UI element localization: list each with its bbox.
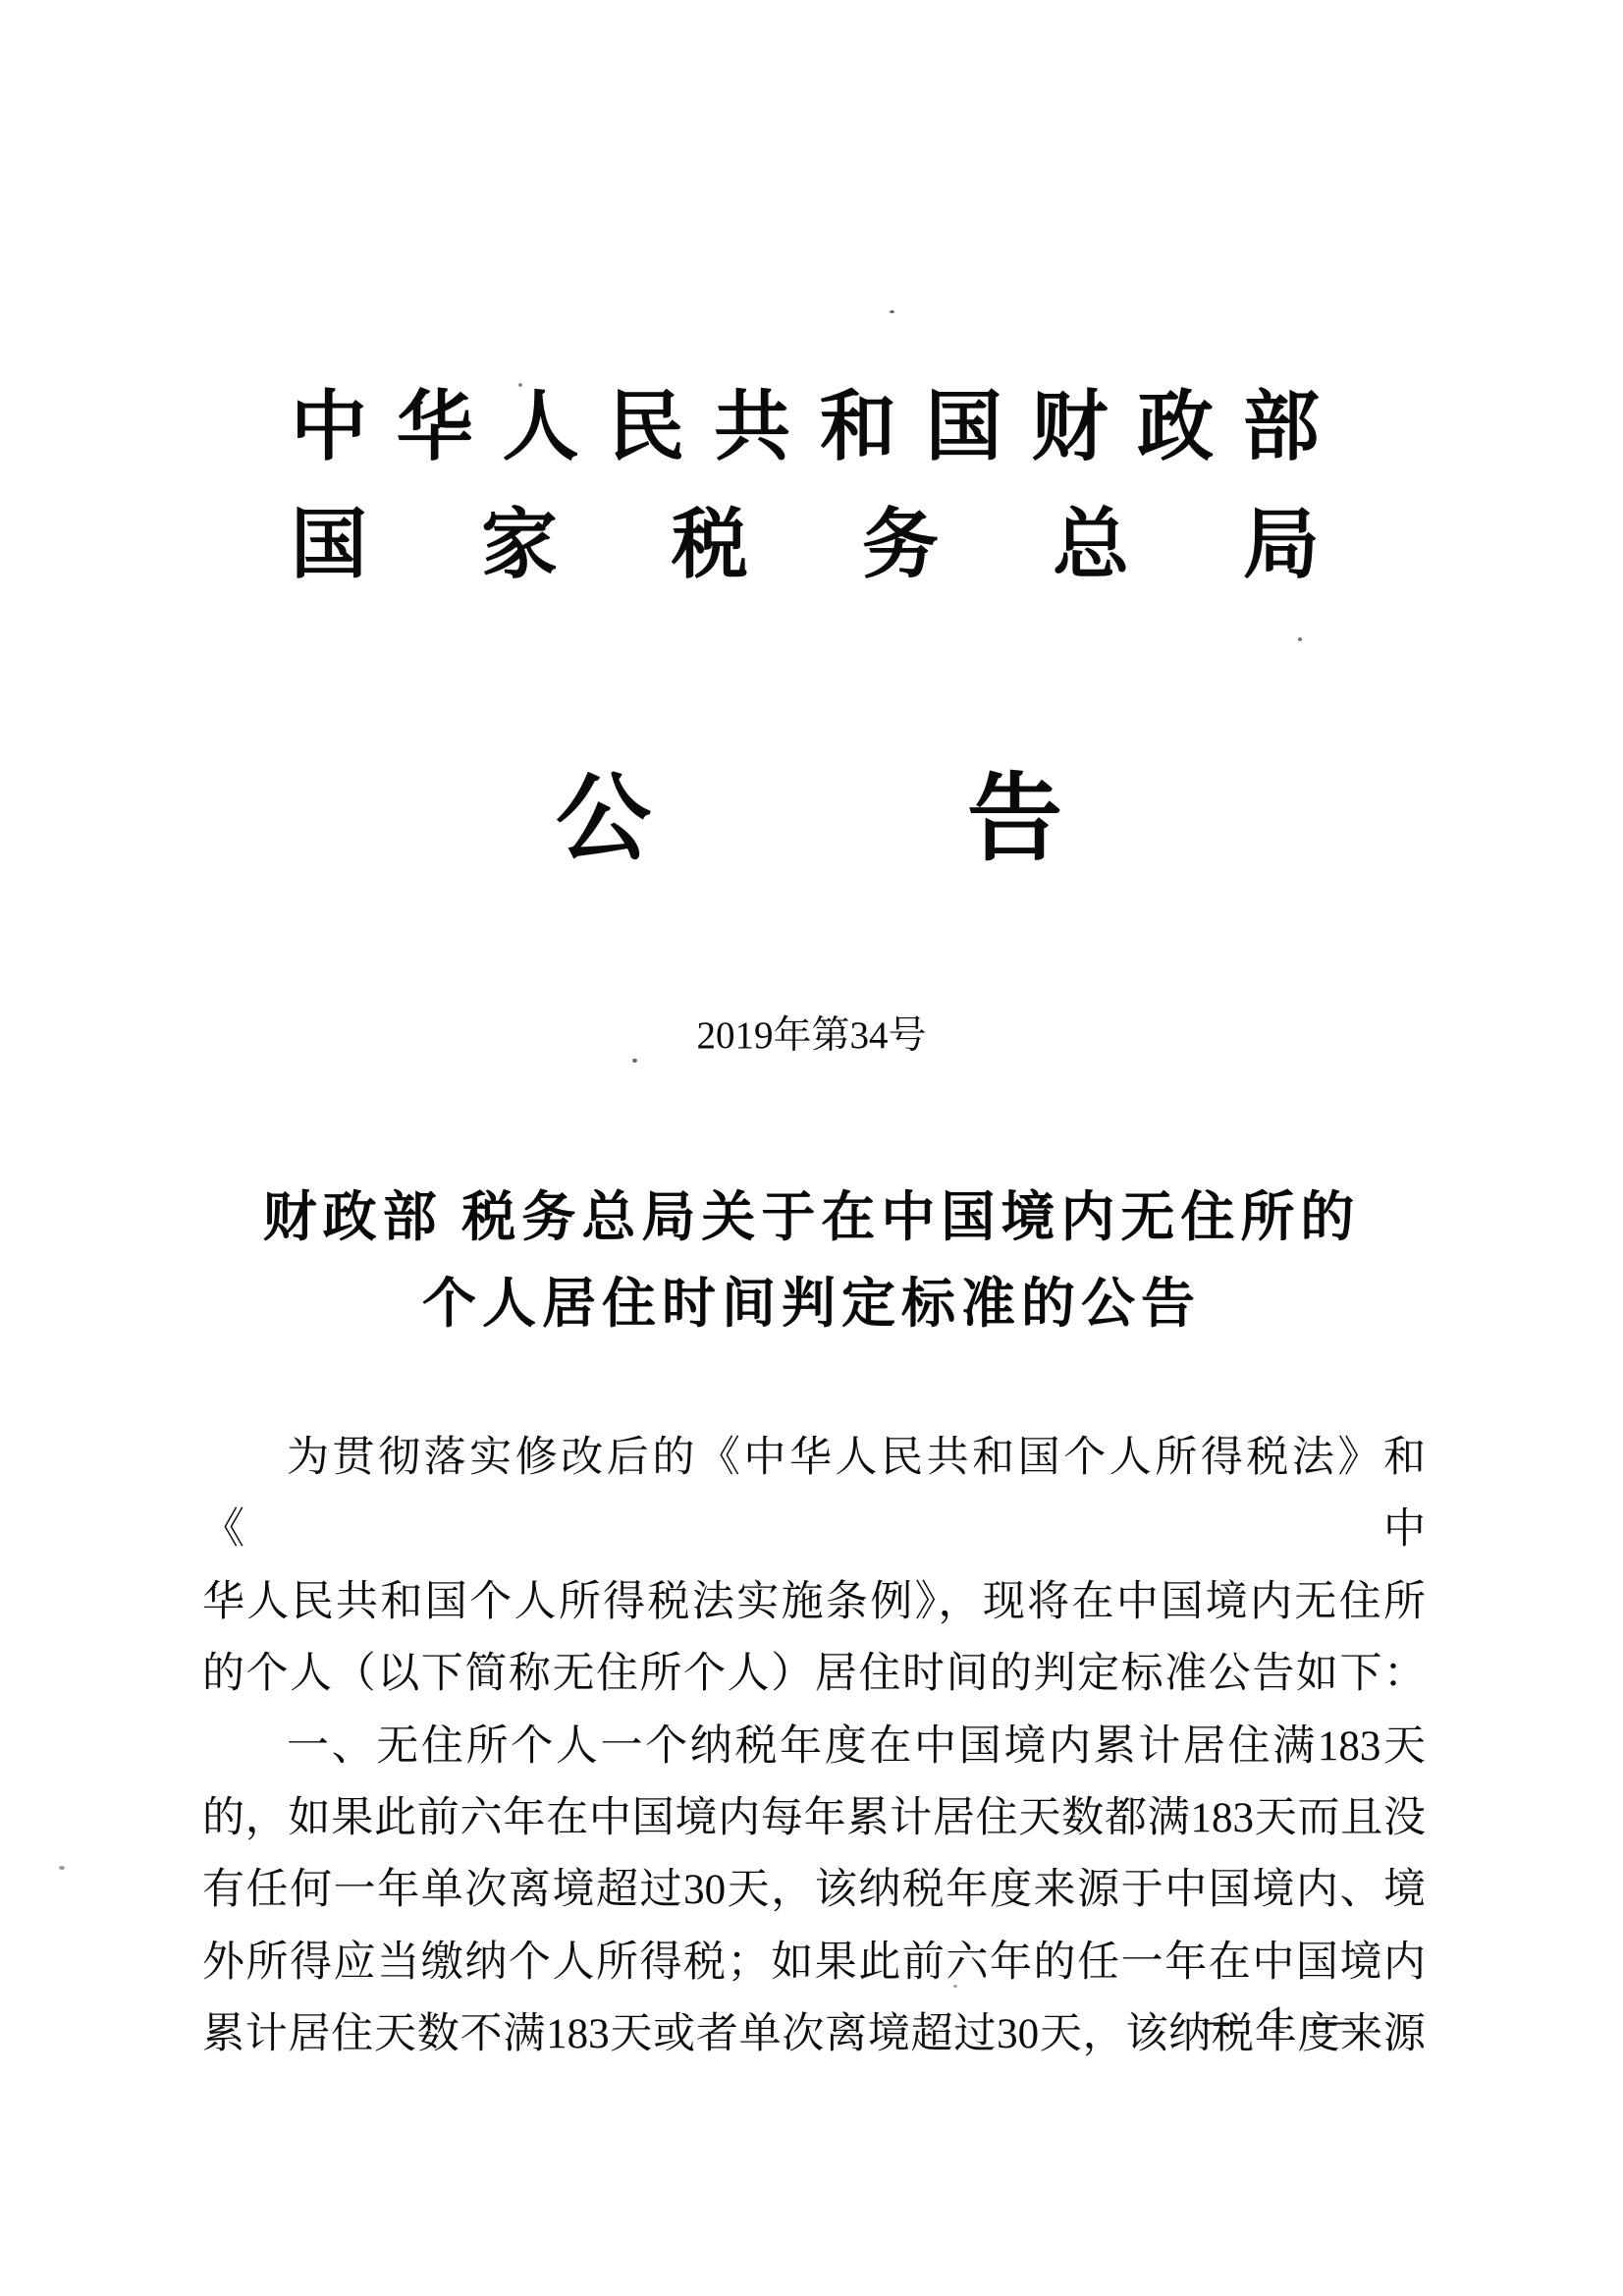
scanned-document-page: 中华人民共和国财政部 国家税务总局 公告 2019年第34号 财政部 税务总局关… (0, 0, 1623, 2296)
body-line: 华人民共和国个人所得税法实施条例》，现将在中国境内无住所 (202, 1566, 1426, 1638)
body-line: 为贯彻落实修改后的《中华人民共和国个人所得税法》和《中 (202, 1422, 1426, 1566)
scan-speck (890, 310, 894, 313)
body-line: 的个人（以下简称无住所个人）居住时间的判定标准公告如下： (202, 1638, 1426, 1710)
body-line: 一、无住所个人一个纳税年度在中国境内累计居住满183天 (202, 1711, 1426, 1782)
scan-speck (1298, 637, 1302, 641)
body-text: 为贯彻落实修改后的《中华人民共和国个人所得税法》和《中 华人民共和国个人所得税法… (202, 1422, 1426, 2071)
subtitle-line-1: 财政部 税务总局关于在中国境内无住所的 (0, 1175, 1623, 1261)
letterhead-line-taxation: 国家税务总局 (291, 507, 1320, 583)
letterhead-line-ministry: 中华人民共和国财政部 (291, 389, 1320, 465)
document-number: 2019年第34号 (0, 1011, 1623, 1061)
body-line: 的，如果此前六年在中国境内每年累计居住天数都满183天而且没 (202, 1782, 1426, 1854)
subtitle-line-2: 个人居住时间判定标准的公告 (0, 1261, 1623, 1347)
body-line: 外所得应当缴纳个人所得税；如果此前六年的任一年在中国境内 (202, 1927, 1426, 1998)
document-subtitle: 财政部 税务总局关于在中国境内无住所的 个人居住时间判定标准的公告 (0, 1175, 1623, 1347)
announcement-title: 公告 (556, 772, 1062, 867)
page-number: — 1 — (1203, 2000, 1354, 2040)
scan-speck (59, 1866, 65, 1870)
body-line: 有任何一年单次离境超过30天，该纳税年度来源于中国境内、境 (202, 1854, 1426, 1926)
